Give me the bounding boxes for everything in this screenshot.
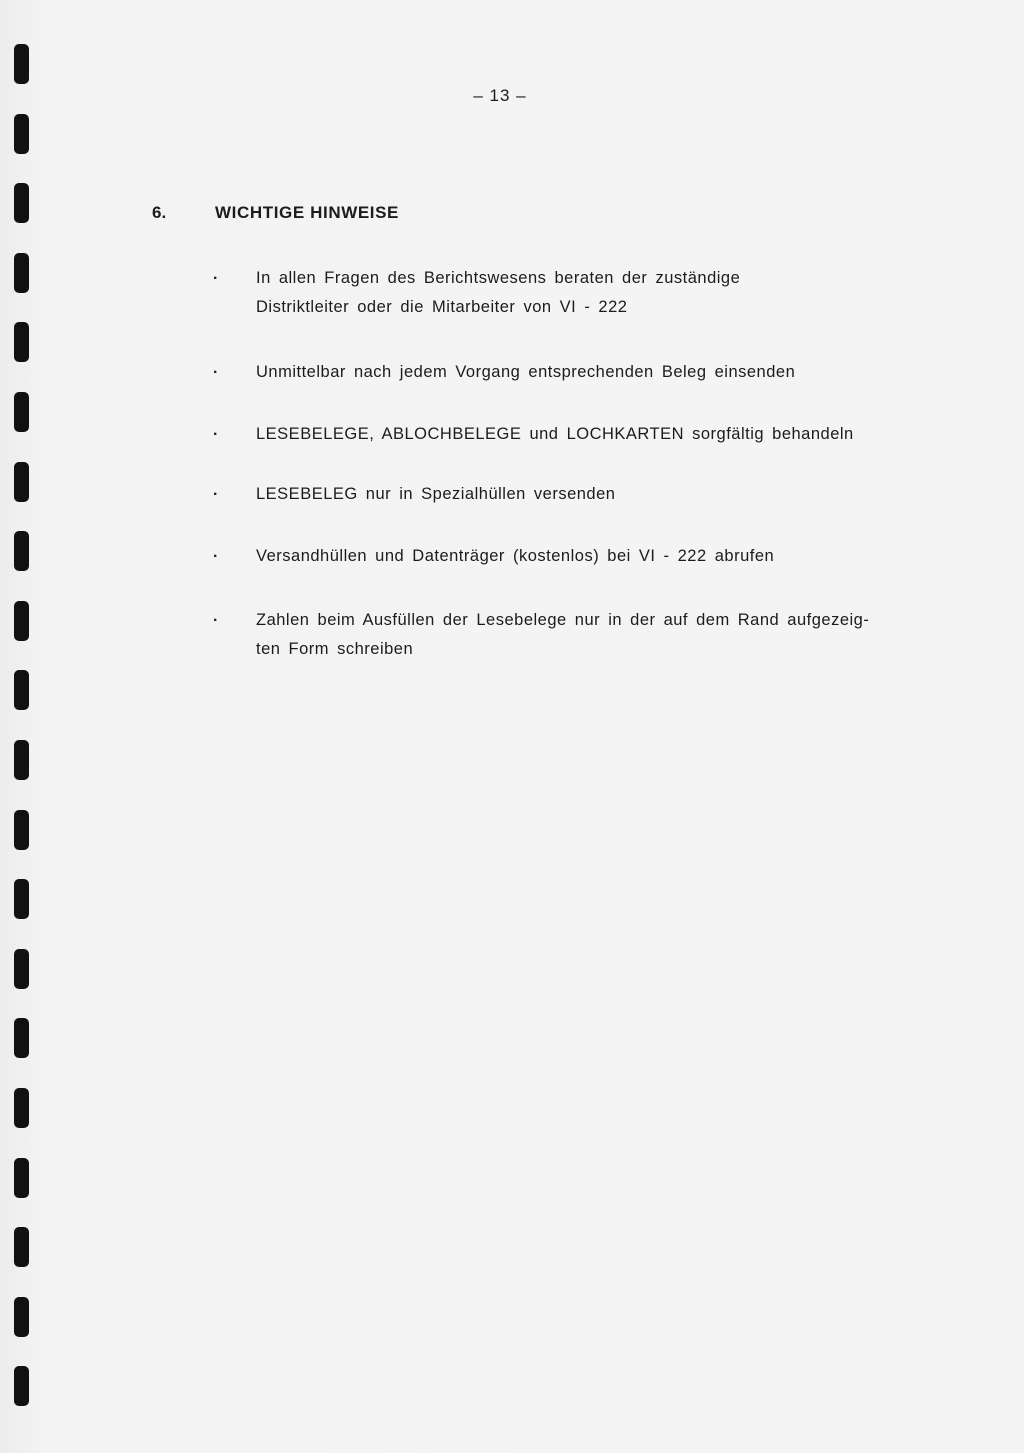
binding-hole — [14, 183, 29, 223]
item-text-line: Distriktleiter oder die Mitarbeiter von … — [256, 293, 916, 322]
binding-hole — [14, 253, 29, 293]
item-text-line: Versandhüllen und Datenträger (kostenlos… — [256, 542, 916, 571]
page-number: – 13 – — [0, 86, 1000, 106]
binding-hole — [14, 462, 29, 502]
bullet-dot: . — [213, 608, 217, 626]
section-number: 6. — [152, 203, 166, 223]
binding-hole — [14, 1088, 29, 1128]
bullet-dot: . — [213, 422, 217, 440]
item-text-line: In allen Fragen des Berichtswesens berat… — [256, 264, 916, 293]
binding-hole — [14, 114, 29, 154]
binding-hole — [14, 601, 29, 641]
bullet-dot: . — [213, 482, 217, 500]
binding-hole — [14, 531, 29, 571]
binding-hole — [14, 44, 29, 84]
item-text-line: ten Form schreiben — [256, 635, 916, 664]
binding-hole — [14, 392, 29, 432]
item-text-line: LESEBELEG nur in Spezialhüllen versenden — [256, 480, 916, 509]
item-text-line: Unmittelbar nach jedem Vorgang entsprech… — [256, 358, 916, 387]
item-text-line: Zahlen beim Ausfüllen der Lesebelege nur… — [256, 606, 916, 635]
binding-hole — [14, 1297, 29, 1337]
binding-hole — [14, 670, 29, 710]
section-title: WICHTIGE HINWEISE — [215, 203, 399, 223]
binding-hole — [14, 949, 29, 989]
bullet-dot: . — [213, 544, 217, 562]
binding-hole — [14, 810, 29, 850]
binding-hole — [14, 1018, 29, 1058]
item-text-line: LESEBELEGE, ABLOCHBELEGE und LOCHKARTEN … — [256, 420, 916, 449]
binding-hole — [14, 879, 29, 919]
binding-hole — [14, 1158, 29, 1198]
bullet-dot: . — [213, 266, 217, 284]
binding-hole — [14, 740, 29, 780]
binding-hole — [14, 1366, 29, 1406]
binding-hole — [14, 1227, 29, 1267]
binding-hole — [14, 322, 29, 362]
bullet-dot: . — [213, 360, 217, 378]
